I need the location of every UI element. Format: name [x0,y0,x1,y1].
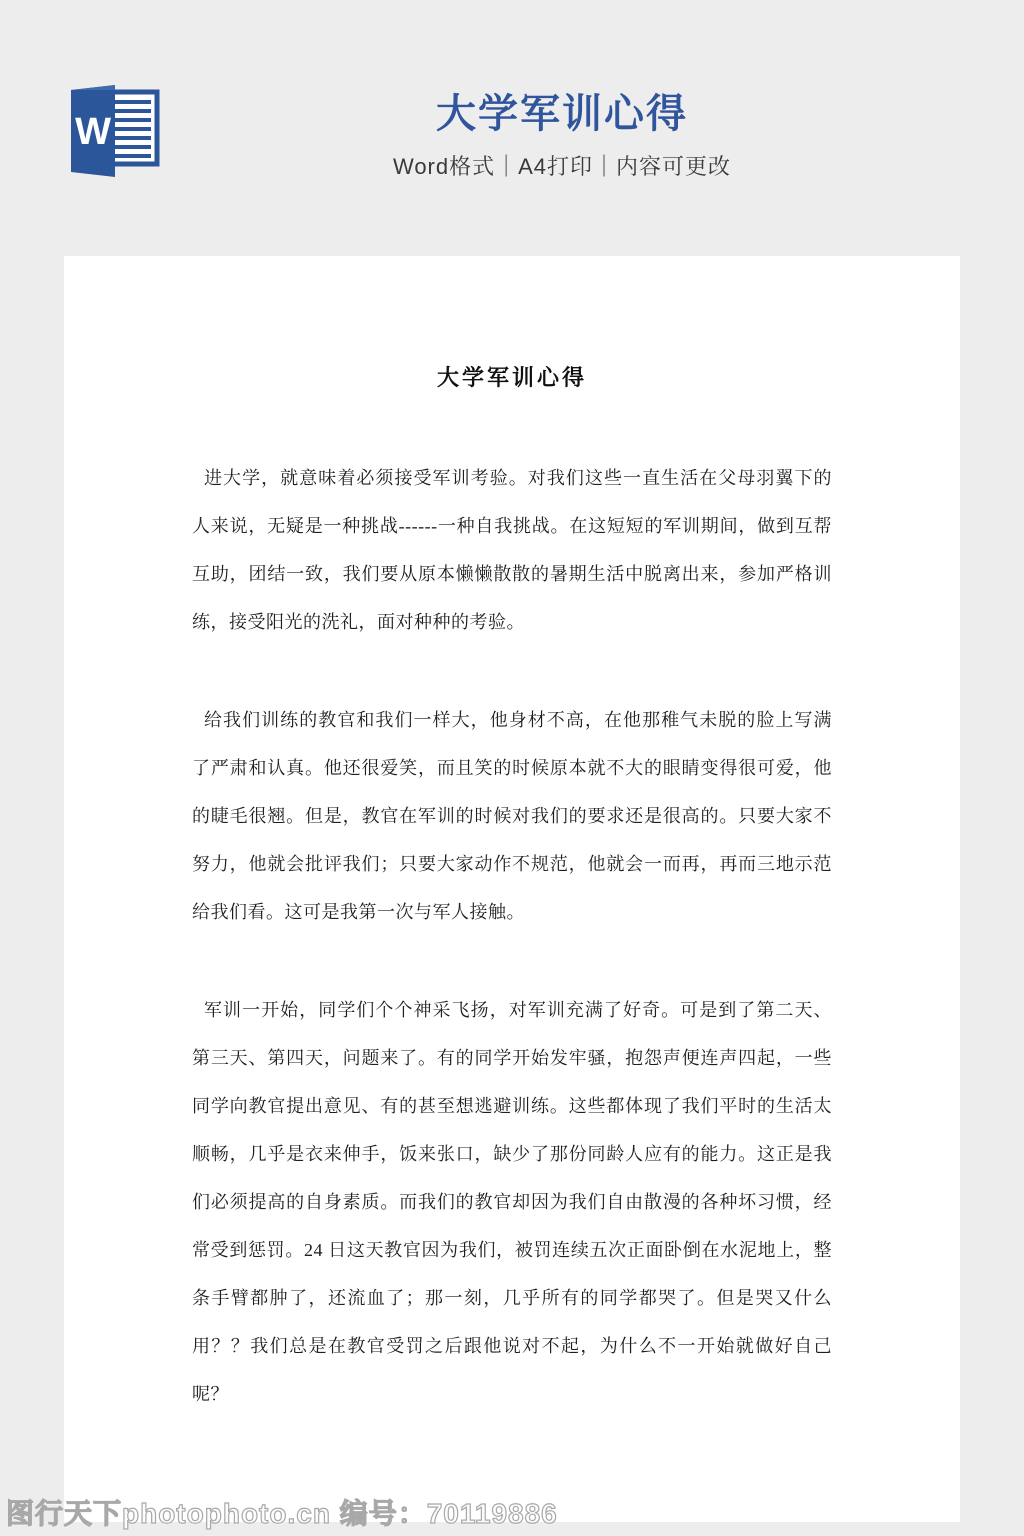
document-title: 大学军训心得 [192,361,832,395]
header-title: 大学军训心得 [100,88,1024,140]
template-preview: W 大学军训心得 Word格式｜A4打印｜内容可更改 大学军训心得 进大学，就意… [0,0,1024,1536]
document-page: 大学军训心得 进大学，就意味着必须接受军训考验。对我们这些一直生活在父母羽翼下的… [64,256,960,1522]
document-paragraph-3: 军训一开始，同学们个个神采飞扬，对军训充满了好奇。可是到了第二天、第三天、第四天… [192,986,832,1418]
watermark-text: 图行天下photophoto.cn 编号：70119886 [6,1492,558,1532]
header-subtitle: Word格式｜A4打印｜内容可更改 [100,154,1024,180]
document-paragraph-2: 给我们训练的教官和我们一样大，他身材不高，在他那稚气未脱的脸上写满了严肃和认真。… [192,696,832,936]
document-paragraph-1: 进大学，就意味着必须接受军训考验。对我们这些一直生活在父母羽翼下的人来说，无疑是… [192,454,832,646]
header-text-block: 大学军训心得 Word格式｜A4打印｜内容可更改 [100,88,1024,180]
